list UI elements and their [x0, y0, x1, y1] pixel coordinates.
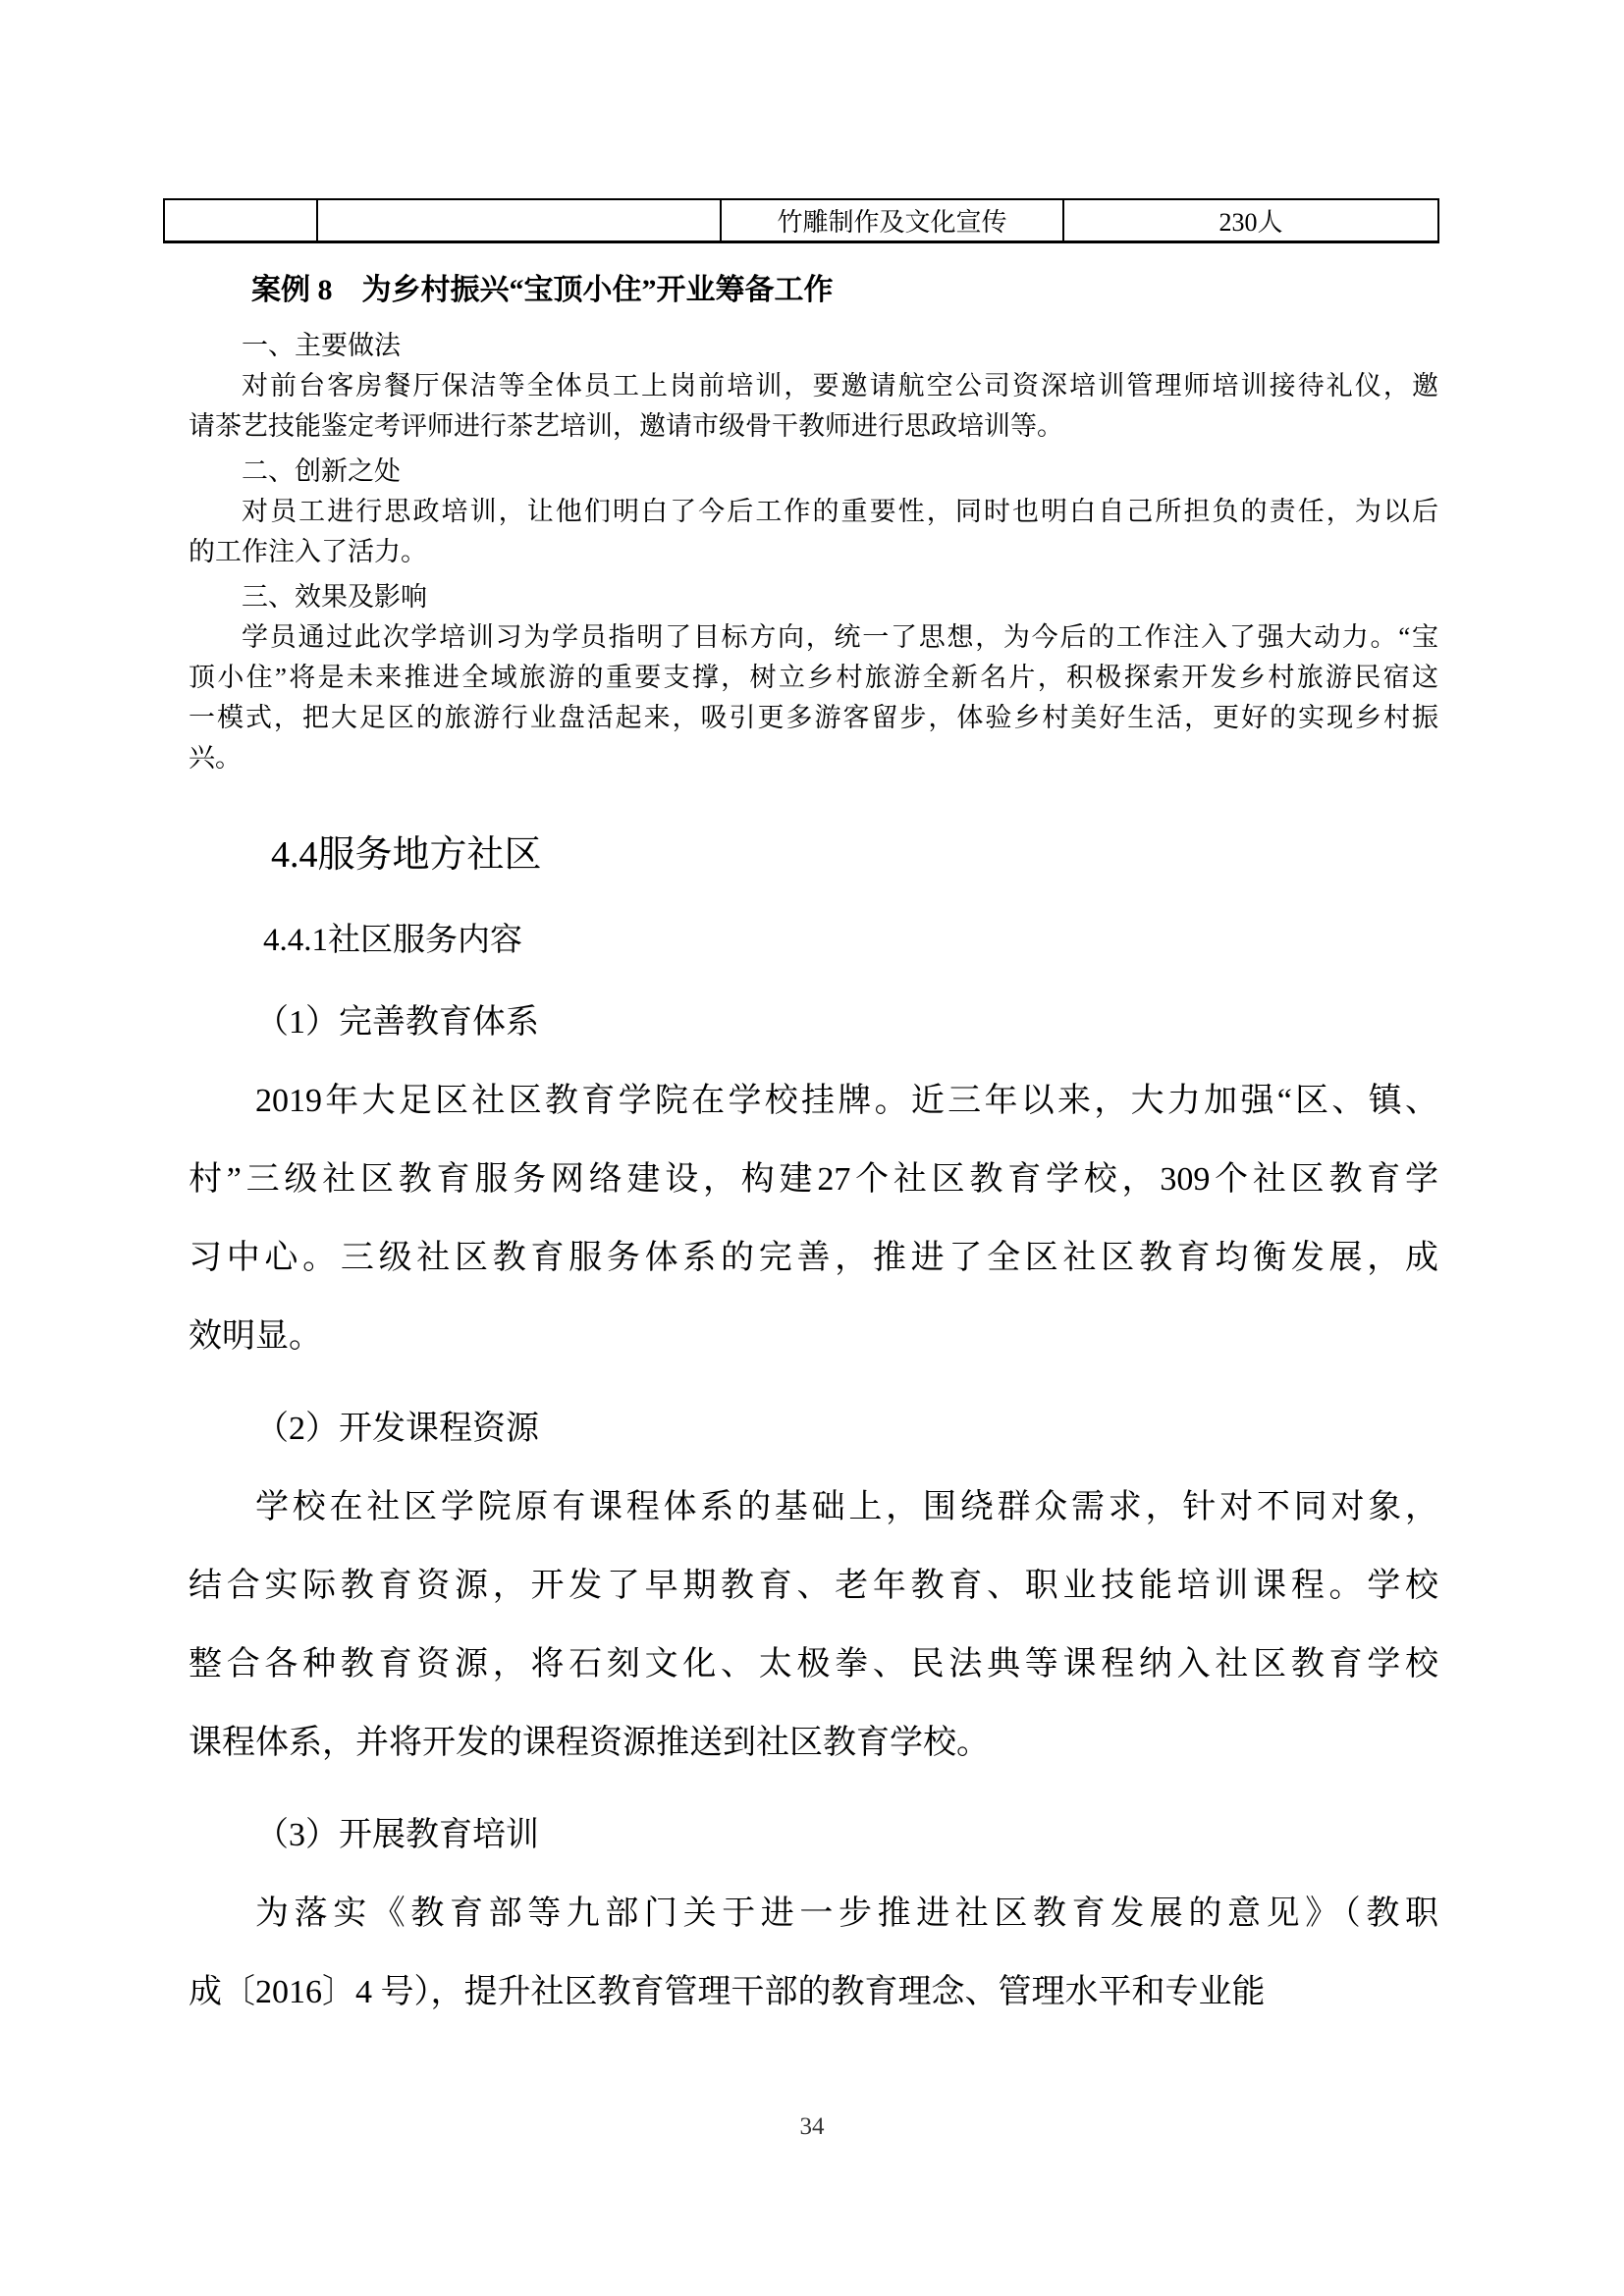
paragraph-line: 一模式，把大足区的旅游行业盘活起来，吸引更多游客留步，体验乡村美好生活，更好的实…	[189, 698, 1438, 738]
paragraph-line: 村”三级社区教育服务网络建设，构建27个社区教育学校，309个社区教育学	[189, 1141, 1438, 1219]
paragraph-line: 学校在社区学院原有课程体系的基础上，围绕群众需求，针对不同对象，	[189, 1468, 1438, 1547]
case-study-title: 案例 8 为乡村振兴“宝顶小住”开业筹备工作	[189, 271, 1501, 310]
table-cell-empty-1	[165, 200, 316, 240]
table-cell-empty-2	[316, 200, 720, 240]
page-number: 34	[0, 2112, 1624, 2142]
paragraph-line: 习中心。三级社区教育服务体系的完善，推进了全区社区教育均衡发展，成	[189, 1219, 1438, 1298]
paragraph-line: 顶小住”将是未来推进全域旅游的重要支撑，树立乡村旅游全新名片，积极探索开发乡村旅…	[189, 658, 1438, 698]
paragraph-line: 整合各种教育资源，将石刻文化、太极拳、民法典等课程纳入社区教育学校	[189, 1626, 1438, 1704]
item-heading-1: （1）完善教育体系	[189, 984, 1438, 1062]
section-heading-4-4-1: 4.4.1社区服务内容	[189, 913, 1438, 968]
item-heading-3: （3）开展教育培训	[189, 1796, 1438, 1875]
paragraph-line: 课程体系，并将开发的课程资源推送到社区教育学校。	[189, 1704, 1438, 1783]
paragraph-line: 为落实《教育部等九部门关于进一步推进社区教育发展的意见》（教职	[189, 1875, 1438, 1953]
document-page: 竹雕制作及文化宣传 230人 案例 8 为乡村振兴“宝顶小住”开业筹备工作 一、…	[0, 0, 1624, 2296]
paragraph-education-training: 为落实《教育部等九部门关于进一步推进社区教育发展的意见》（教职 成〔2016〕4…	[189, 1875, 1438, 2032]
subsection-heading-2: 二、创新之处	[189, 452, 1438, 492]
table-cell-course-name: 竹雕制作及文化宣传	[720, 200, 1062, 240]
paragraph-line: 对员工进行思政培训，让他们明白了今后工作的重要性，同时也明白自己所担负的责任，为…	[189, 492, 1438, 532]
paragraph-line: 请茶艺技能鉴定考评师进行茶艺培训，邀请市级骨干教师进行思政培训等。	[189, 406, 1438, 447]
paragraph-line: 对前台客房餐厅保洁等全体员工上岗前培训，要邀请航空公司资深培训管理师培训接待礼仪…	[189, 366, 1438, 406]
paragraph-main-methods: 对前台客房餐厅保洁等全体员工上岗前培训，要邀请航空公司资深培训管理师培训接待礼仪…	[189, 366, 1438, 447]
paragraph-effects: 学员通过此次学培训习为学员指明了目标方向，统一了思想，为今后的工作注入了强大动力…	[189, 617, 1438, 778]
table-cell-participant-count: 230人	[1062, 200, 1437, 240]
community-service-body: （1）完善教育体系 2019年大足区社区教育学院在学校挂牌。近三年以来，大力加强…	[189, 984, 1438, 2032]
case-study-body: 一、主要做法 对前台客房餐厅保洁等全体员工上岗前培训，要邀请航空公司资深培训管理…	[189, 326, 1438, 778]
section-heading-4-4: 4.4服务地方社区	[189, 827, 1438, 883]
subsection-heading-1: 一、主要做法	[189, 326, 1438, 366]
paragraph-line: 兴。	[189, 738, 1438, 778]
paragraph-line: 2019年大足区社区教育学院在学校挂牌。近三年以来，大力加强“区、镇、	[189, 1062, 1438, 1141]
paragraph-education-system: 2019年大足区社区教育学院在学校挂牌。近三年以来，大力加强“区、镇、 村”三级…	[189, 1062, 1438, 1376]
paragraph-line: 效明显。	[189, 1298, 1438, 1376]
paragraph-course-resources: 学校在社区学院原有课程体系的基础上，围绕群众需求，针对不同对象， 结合实际教育资…	[189, 1468, 1438, 1783]
paragraph-line: 学员通过此次学培训习为学员指明了目标方向，统一了思想，为今后的工作注入了强大动力…	[189, 617, 1438, 658]
training-table-row: 竹雕制作及文化宣传 230人	[163, 198, 1439, 243]
paragraph-innovation: 对员工进行思政培训，让他们明白了今后工作的重要性，同时也明白自己所担负的责任，为…	[189, 492, 1438, 572]
paragraph-line: 的工作注入了活力。	[189, 532, 1438, 572]
item-heading-2: （2）开发课程资源	[189, 1390, 1438, 1468]
subsection-heading-3: 三、效果及影响	[189, 577, 1438, 617]
paragraph-line: 结合实际教育资源，开发了早期教育、老年教育、职业技能培训课程。学校	[189, 1547, 1438, 1626]
paragraph-line: 成〔2016〕4 号），提升社区教育管理干部的教育理念、管理水平和专业能	[189, 1953, 1438, 2032]
